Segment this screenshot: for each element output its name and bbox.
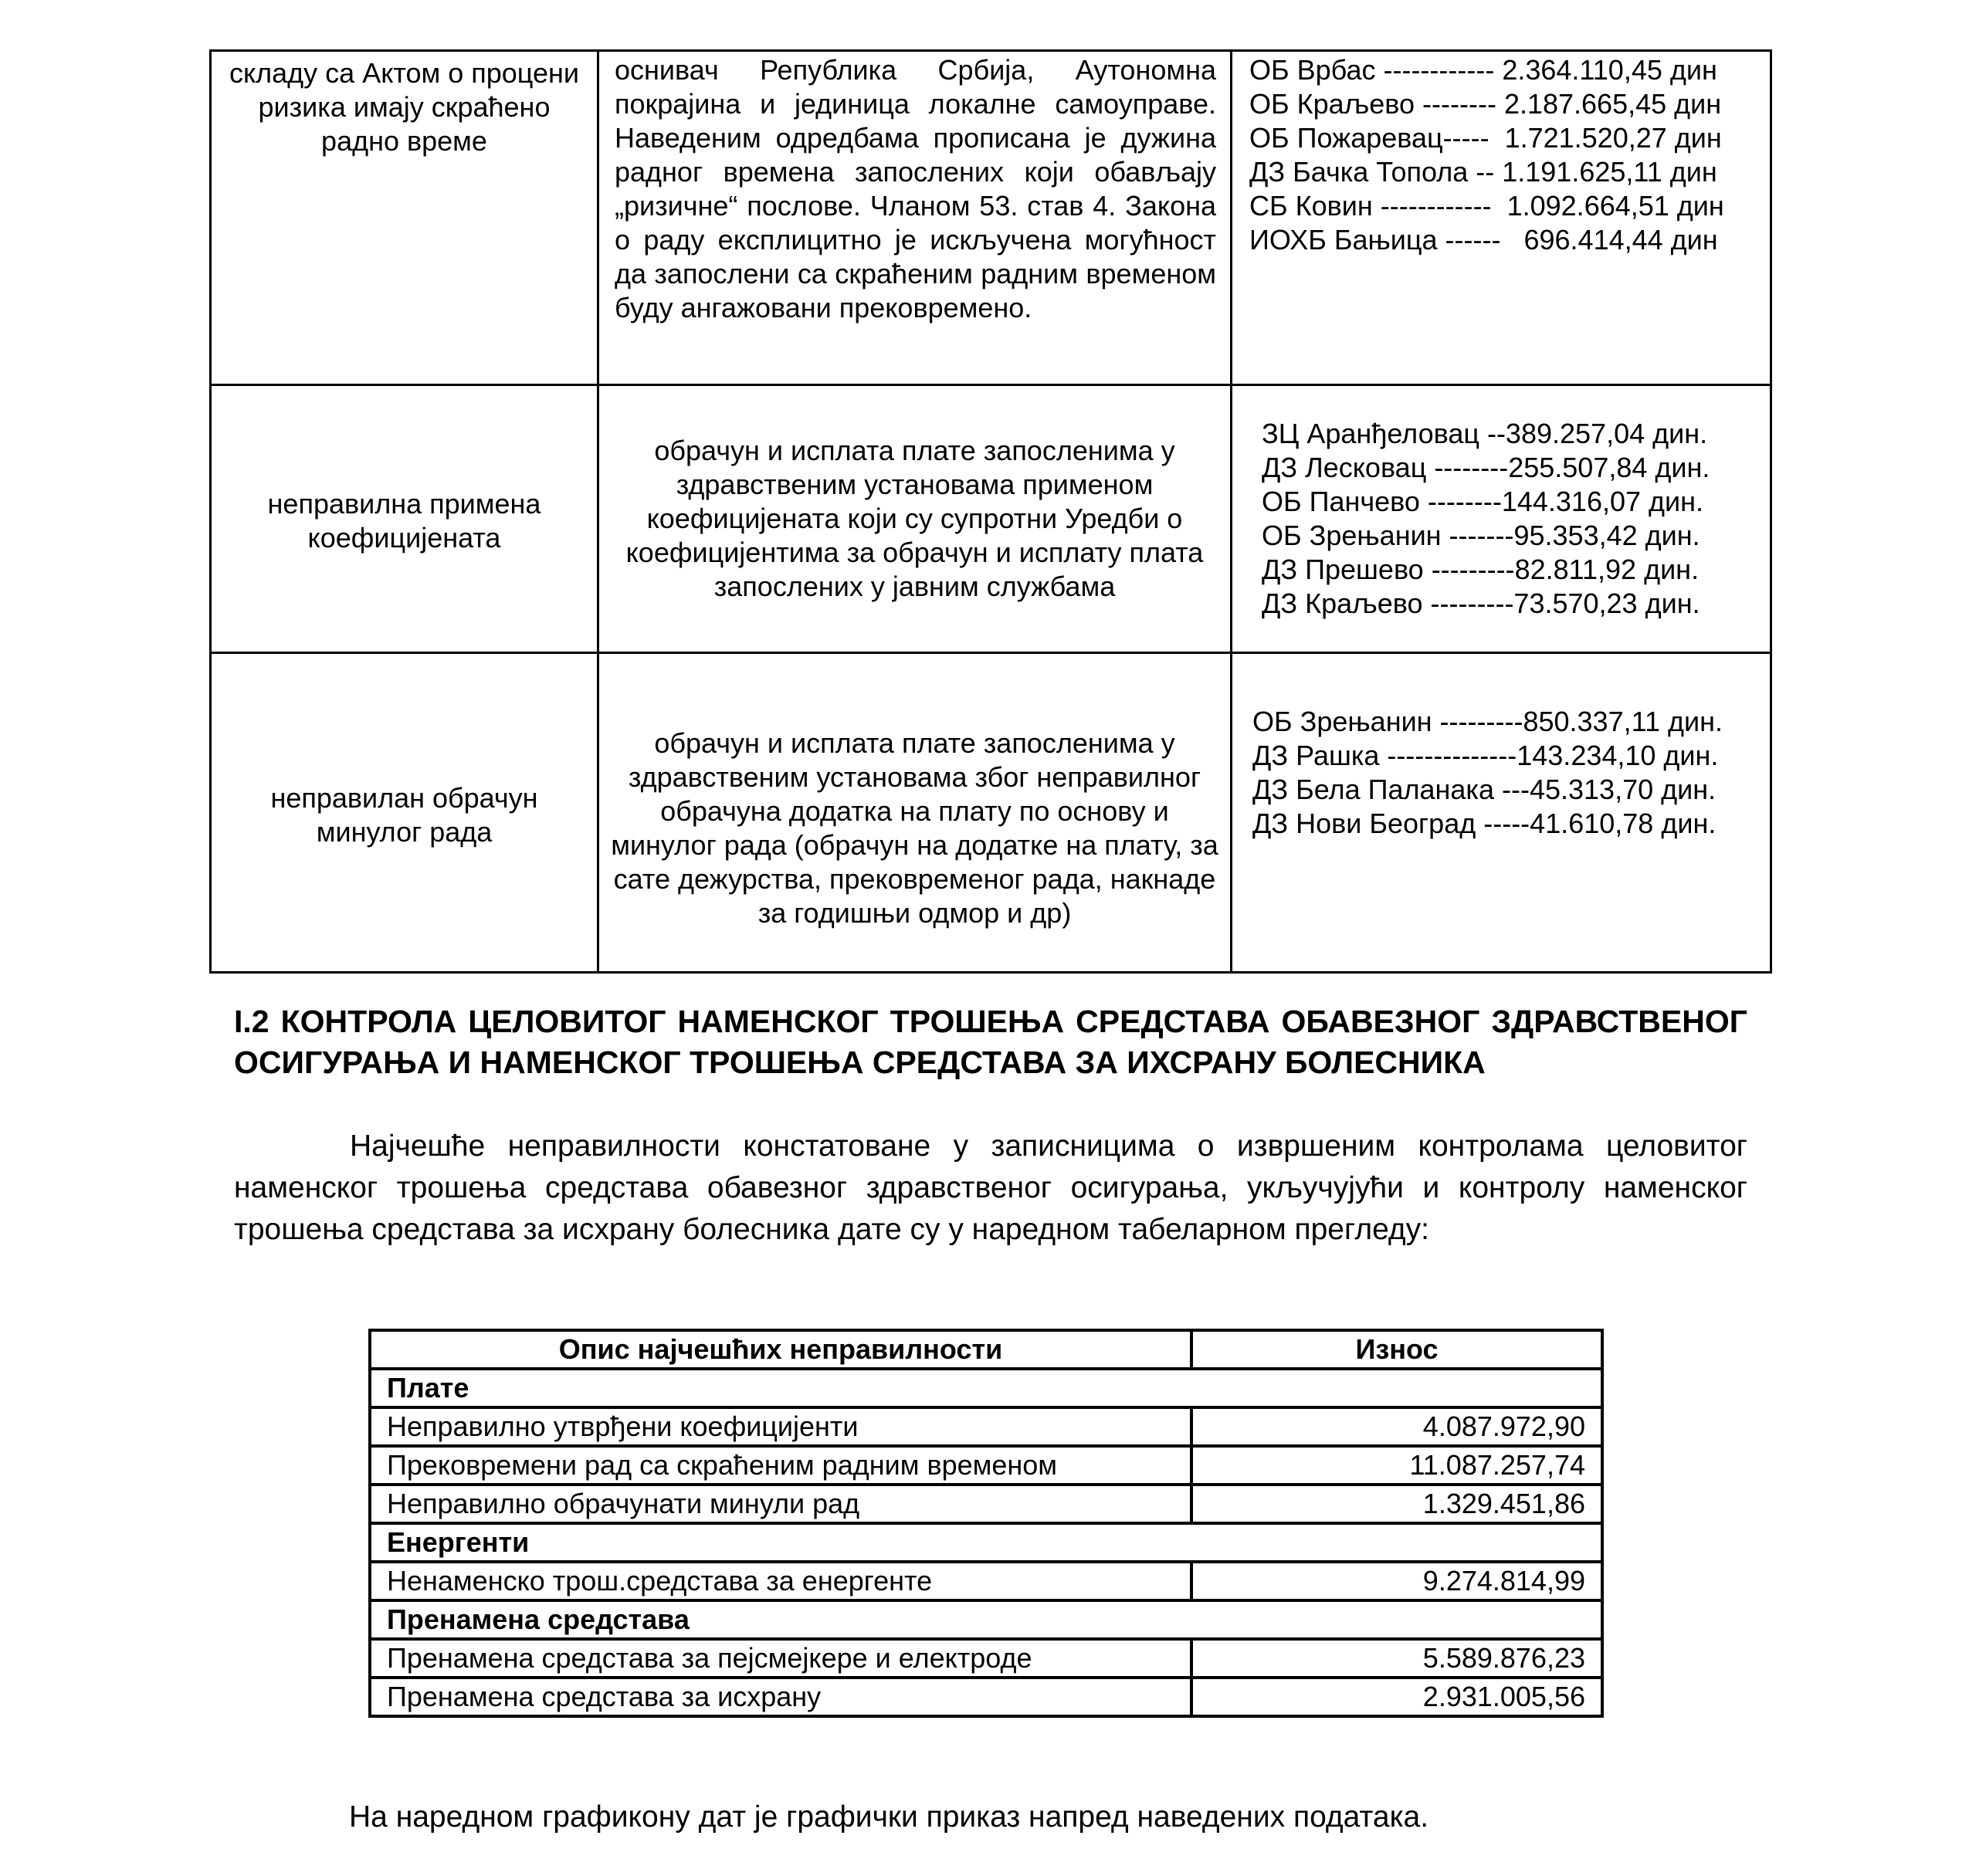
summary-table: Опис најчешћих неправилности Износ Плате… [368, 1329, 1604, 1718]
column-header-amount: Износ [1191, 1330, 1602, 1369]
item-label: Пренамена средстава за исхрану [370, 1678, 1191, 1716]
irregularity-description: оснивач Република Србија, Аутономна покр… [598, 51, 1232, 385]
amount-line: ОБ Пожаревац----- 1.721.520,27 дин [1249, 121, 1770, 155]
institution-amounts: ОБ Зрењанин ---------850.337,11 дин. ДЗ … [1232, 653, 1771, 973]
irregularity-title: складу са Актом о процени ризика имају с… [211, 51, 598, 385]
column-header-description: Опис најчешћих неправилности [370, 1330, 1191, 1369]
amount-line: ДЗ Бачка Топола -- 1.191.625,11 дин [1249, 155, 1770, 189]
table-row: Неправилно утврђени коефицијенти 4.087.9… [370, 1407, 1602, 1446]
irregularity-title: неправилна примена коефицијената [211, 385, 598, 653]
table-header-row: Опис најчешћих неправилности Износ [370, 1330, 1602, 1369]
item-label: Неправилно обрачунати минули рад [370, 1485, 1191, 1523]
amount-line: ОБ Панчево --------144.316,07 дин. [1262, 485, 1770, 519]
amount-line: ОБ Зрењанин ---------850.337,11 дин. [1252, 705, 1770, 739]
item-amount: 4.087.972,90 [1191, 1407, 1602, 1446]
group-row: Плате [370, 1369, 1602, 1407]
group-label: Енергенти [370, 1523, 1602, 1562]
closing-sentence: На наредном графикону дат је графички пр… [349, 1799, 1428, 1836]
item-amount: 9.274.814,99 [1191, 1562, 1602, 1600]
amount-line: ОБ Врбас ------------ 2.364.110,45 дин [1249, 53, 1770, 87]
institution-amounts: ЗЦ Аранђеловац --389.257,04 дин. ДЗ Леск… [1232, 385, 1771, 653]
amount-line: СБ Ковин ------------ 1.092.664,51 дин [1249, 189, 1770, 223]
table-row: неправилна примена коефицијената обрачун… [211, 385, 1771, 653]
table-row: Пренамена средстава за пејсмејкере и еле… [370, 1639, 1602, 1678]
table-row: неправилан обрачун минулог рада обрачун … [211, 653, 1771, 973]
group-label: Пренамена средстава [370, 1600, 1602, 1639]
group-row: Пренамена средстава [370, 1600, 1602, 1639]
amount-line: ДЗ Прешево ---------82.811,92 дин. [1262, 553, 1770, 587]
item-label: Прековремени рад са скраћеним радним вре… [370, 1446, 1191, 1485]
amount-line: ИОХБ Бањица ------ 696.414,44 дин [1249, 223, 1770, 257]
irregularities-detail-table: складу са Актом о процени ризика имају с… [209, 49, 1772, 974]
table-row: Пренамена средстава за исхрану 2.931.005… [370, 1678, 1602, 1716]
table-row: Неправилно обрачунати минули рад 1.329.4… [370, 1485, 1602, 1523]
group-row: Енергенти [370, 1523, 1602, 1562]
amount-line: ДЗ Краљево ---------73.570,23 дин. [1262, 587, 1770, 621]
item-amount: 5.589.876,23 [1191, 1639, 1602, 1678]
amount-line: ДЗ Бела Паланака ---45.313,70 дин. [1252, 773, 1770, 807]
group-label: Плате [370, 1369, 1602, 1407]
table-row: Прековремени рад са скраћеним радним вре… [370, 1446, 1602, 1485]
amount-line: ЗЦ Аранђеловац --389.257,04 дин. [1262, 417, 1770, 451]
irregularity-description: обрачун и исплата плате запосленима у зд… [598, 653, 1232, 973]
amount-line: ДЗ Лесковац --------255.507,84 дин. [1262, 451, 1770, 485]
section-heading: I.2 КОНТРОЛА ЦЕЛОВИТОГ НАМЕНСКОГ ТРОШЕЊА… [234, 1001, 1747, 1083]
intro-paragraph: Најчешће неправилности констатоване у за… [234, 1126, 1747, 1251]
table-row: Ненаменско трош.средстава за енергенте 9… [370, 1562, 1602, 1600]
amount-line: ДЗ Рашка --------------143.234,10 дин. [1252, 739, 1770, 773]
amount-line: ОБ Зрењанин -------95.353,42 дин. [1262, 519, 1770, 553]
table-row: складу са Актом о процени ризика имају с… [211, 51, 1771, 385]
item-label: Пренамена средстава за пејсмејкере и еле… [370, 1639, 1191, 1678]
item-amount: 11.087.257,74 [1191, 1446, 1602, 1485]
item-amount: 1.329.451,86 [1191, 1485, 1602, 1523]
irregularity-description: обрачун и исплата плате запосленима у зд… [598, 385, 1232, 653]
item-label: Ненаменско трош.средстава за енергенте [370, 1562, 1191, 1600]
irregularity-title: неправилан обрачун минулог рада [211, 653, 598, 973]
amount-line: ОБ Краљево -------- 2.187.665,45 дин [1249, 87, 1770, 121]
institution-amounts: ОБ Врбас ------------ 2.364.110,45 дин О… [1232, 51, 1771, 385]
item-label: Неправилно утврђени коефицијенти [370, 1407, 1191, 1446]
item-amount: 2.931.005,56 [1191, 1678, 1602, 1716]
amount-line: ДЗ Нови Београд -----41.610,78 дин. [1252, 807, 1770, 841]
